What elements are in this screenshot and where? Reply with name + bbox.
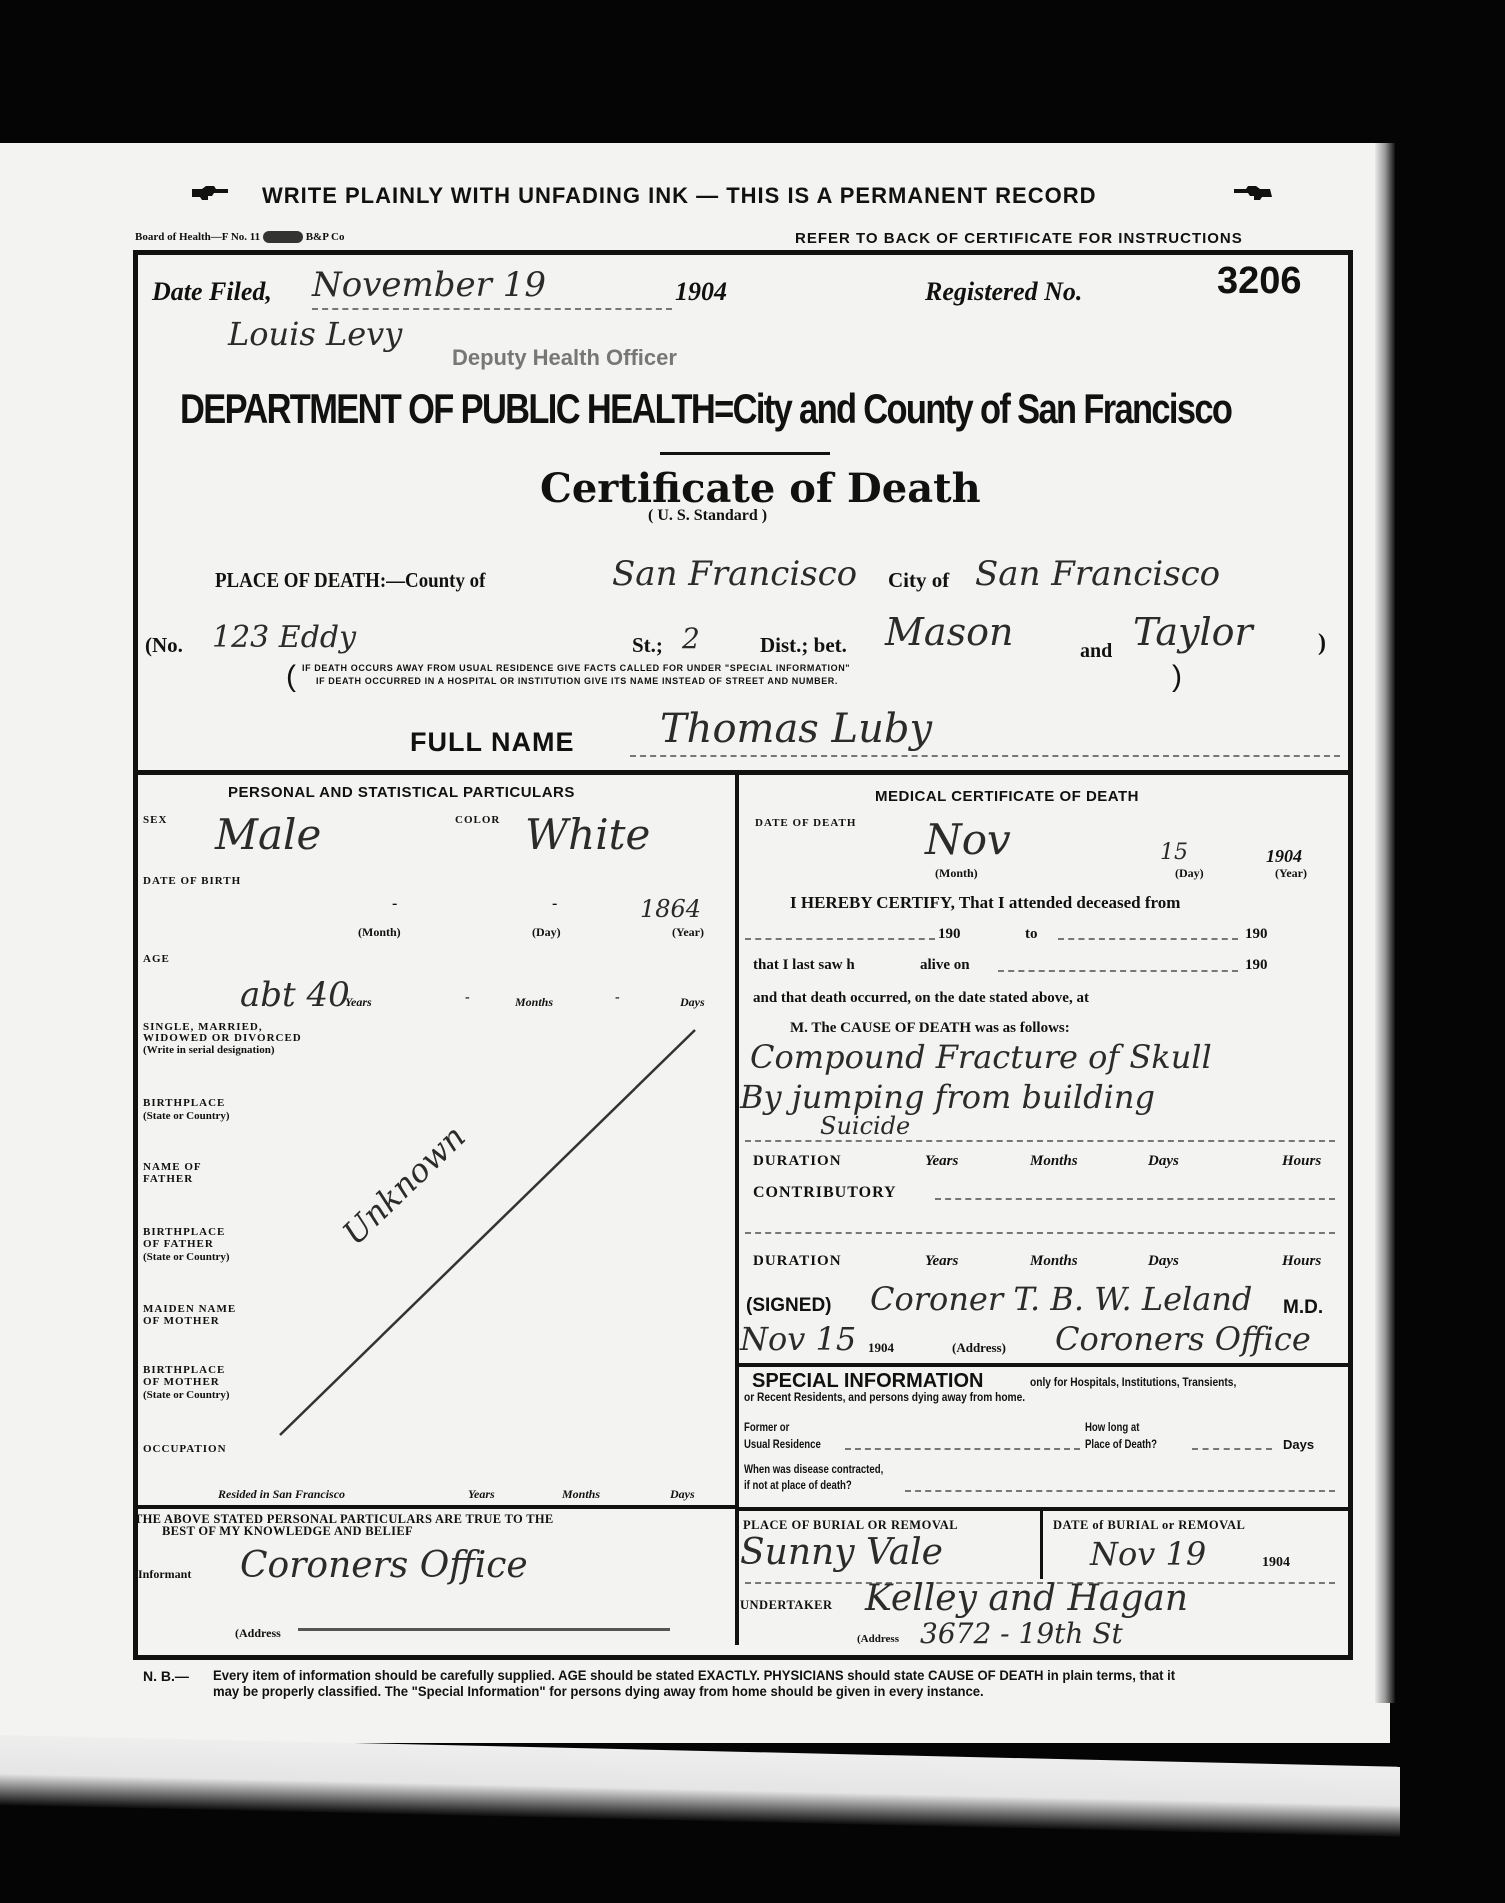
printer-seal-icon: [263, 231, 303, 243]
cause-of-death-3[interactable]: Suicide: [820, 1112, 910, 1140]
last-saw-label: that I last saw h: [753, 957, 855, 974]
birthplace-label-1: BIRTHPLACE: [143, 1098, 225, 1109]
former-residence-label-1: Former or: [744, 1420, 789, 1434]
residence-note-1: IF DEATH OCCURS AWAY FROM USUAL RESIDENC…: [302, 663, 850, 673]
death-year-label: (Year): [1275, 866, 1307, 881]
health-officer-signature[interactable]: Louis Levy: [228, 315, 402, 353]
mother-name-label-2: OF MOTHER: [143, 1316, 220, 1327]
md-label: M.D.: [1283, 1297, 1323, 1319]
attest-line-2: BEST OF MY KNOWLEDGE AND BELIEF: [162, 1524, 413, 1539]
undertaker-label: UNDERTAKER: [740, 1598, 833, 1613]
special-info-note-2: or Recent Residents, and persons dying a…: [744, 1390, 1025, 1404]
form-left-border: [133, 250, 138, 1660]
alive-year-prefix: 190: [1245, 957, 1268, 974]
color-label: COLOR: [455, 815, 500, 826]
age-days-label: Days: [680, 995, 705, 1010]
health-officer-title: Deputy Health Officer: [452, 345, 677, 371]
duration-years-2: Years: [925, 1253, 958, 1270]
resided-days-label: Days: [670, 1487, 695, 1502]
form-top-border: [133, 250, 1353, 255]
to-year-prefix: 190: [1245, 926, 1268, 943]
color-value[interactable]: White: [525, 810, 650, 859]
duration-years-1: Years: [925, 1153, 958, 1170]
contributory-line[interactable]: [935, 1198, 1335, 1200]
nb-label: N. B.—: [143, 1668, 189, 1684]
father-birthplace-label-3: (State or Country): [143, 1251, 230, 1263]
date-filed-label: Date Filed,: [152, 277, 272, 307]
unknown-diagonal-line: [270, 1020, 710, 1440]
cause-line: M. The CAUSE OF DEATH was as follows:: [790, 1020, 1070, 1037]
duration-days-1: Days: [1148, 1153, 1179, 1170]
pointing-hand-left-icon: [1232, 185, 1272, 205]
medical-address[interactable]: Coroners Office: [1055, 1320, 1311, 1358]
full-name-value[interactable]: Thomas Luby: [660, 706, 932, 752]
between-street-1[interactable]: Mason: [885, 610, 1013, 654]
undertaker-value[interactable]: Kelley and Hagan: [865, 1578, 1188, 1619]
how-long-label-1: How long at: [1085, 1420, 1139, 1434]
contributory-line-2[interactable]: [745, 1232, 1335, 1234]
special-info-divider: [735, 1363, 1353, 1367]
form-bottom-border: [133, 1655, 1353, 1660]
death-day[interactable]: 15: [1160, 840, 1188, 865]
death-month-label: (Month): [935, 866, 978, 881]
resided-years-label: Years: [468, 1487, 495, 1502]
district-between-label: Dist.; bet.: [760, 633, 847, 658]
signed-label: (SIGNED): [746, 1295, 832, 1317]
dob-label: DATE OF BIRTH: [143, 876, 241, 887]
alive-on-label: alive on: [920, 957, 970, 974]
city-label: City of: [888, 568, 949, 593]
burial-date[interactable]: Nov 19: [1090, 1535, 1206, 1573]
department-title: DEPARTMENT OF PUBLIC HEALTH=City and Cou…: [180, 385, 1231, 433]
age-label: AGE: [143, 954, 170, 965]
note-close-paren: ): [1172, 660, 1182, 694]
how-long-line[interactable]: [1192, 1448, 1272, 1450]
medical-address-label: (Address): [952, 1340, 1006, 1356]
dob-month-label: (Month): [358, 925, 401, 940]
between-street-2[interactable]: Taylor: [1133, 610, 1253, 654]
note-open-paren: (: [286, 660, 296, 694]
pointing-hand-right-icon: [190, 185, 230, 205]
date-of-death-label: DATE OF DEATH: [755, 818, 856, 829]
informant-address-line[interactable]: [298, 1628, 670, 1631]
attended-to-line[interactable]: [1058, 938, 1238, 940]
informant-value[interactable]: Coroners Office: [240, 1545, 528, 1586]
occupation-label: OCCUPATION: [143, 1444, 227, 1455]
death-day-label: (Day): [1175, 866, 1204, 881]
mother-birthplace-label-1: BIRTHPLACE: [143, 1365, 225, 1376]
street-address[interactable]: 123 Eddy: [212, 620, 356, 655]
duration-hours-1: Hours: [1282, 1153, 1321, 1170]
father-birthplace-label-1: BIRTHPLACE: [143, 1227, 225, 1238]
undertaker-address-label: (Address: [857, 1633, 899, 1645]
death-month[interactable]: Nov: [925, 815, 1011, 864]
from-year-prefix: 190: [938, 926, 961, 943]
form-id: Board of Health—F No. 11 B&P Co: [135, 231, 345, 243]
full-name-line: [630, 755, 1340, 757]
burial-place[interactable]: Sunny Vale: [740, 1532, 943, 1573]
age-days-value[interactable]: -: [615, 990, 620, 1006]
form-right-border: [1348, 250, 1353, 1660]
cause-of-death-1[interactable]: Compound Fracture of Skull: [750, 1038, 1212, 1076]
alive-on-line[interactable]: [998, 970, 1238, 972]
mother-birthplace-label-3: (State or Country): [143, 1389, 230, 1401]
occurred-line: and that death occurred, on the date sta…: [753, 990, 1089, 1007]
to-label: to: [1025, 926, 1038, 943]
burial-column-divider: [1040, 1511, 1043, 1579]
duration-days-2: Days: [1148, 1253, 1179, 1270]
birthplace-label-2: (State or Country): [143, 1110, 230, 1122]
informant-address-label: (Address: [235, 1626, 281, 1641]
resided-label: Resided in San Francisco: [218, 1487, 345, 1502]
certify-line: I HEREBY CERTIFY, That I attended deceas…: [790, 893, 1180, 913]
burial-divider: [735, 1507, 1353, 1511]
undertaker-address[interactable]: 3672 - 19th St: [920, 1617, 1123, 1650]
title-divider: [660, 452, 830, 455]
signed-date[interactable]: Nov 15: [740, 1320, 856, 1358]
age-months-label: Months: [515, 995, 553, 1010]
dob-day[interactable]: -: [552, 895, 557, 913]
duration-label-2: DURATION: [753, 1253, 842, 1270]
sex-value[interactable]: Male: [215, 810, 321, 859]
how-long-label-2: Place of Death?: [1085, 1437, 1157, 1451]
registered-label: Registered No.: [925, 277, 1082, 307]
death-year[interactable]: 1904: [1266, 846, 1302, 867]
special-info-note-1: only for Hospitals, Institutions, Transi…: [1030, 1375, 1236, 1389]
death-city[interactable]: San Francisco: [975, 554, 1220, 594]
duration-hours-2: Hours: [1282, 1253, 1321, 1270]
former-residence-line[interactable]: [845, 1448, 1080, 1450]
district-number[interactable]: 2: [682, 622, 700, 655]
dob-month[interactable]: -: [392, 895, 397, 913]
place-of-death-label: PLACE OF DEATH:—County of: [215, 568, 485, 593]
age-value[interactable]: abt 40: [240, 975, 350, 1015]
paper-edge-shadow: [1375, 143, 1395, 1703]
certificate-paper: [0, 143, 1390, 1743]
paper-bottom-edge: [0, 1735, 1400, 1837]
cause-line-3: [745, 1140, 1335, 1142]
signed-by[interactable]: Coroner T. B. W. Leland: [870, 1280, 1252, 1318]
personal-heading: PERSONAL AND STATISTICAL PARTICULARS: [228, 784, 575, 801]
marital-label-3: (Write in serial designation): [143, 1044, 274, 1056]
street-label: St.;: [632, 633, 663, 658]
attended-from-line[interactable]: [745, 938, 935, 940]
full-name-label: FULL NAME: [410, 727, 575, 758]
instructions-note: REFER TO BACK OF CERTIFICATE FOR INSTRUC…: [795, 230, 1243, 247]
us-standard-label: ( U. S. Standard ): [648, 507, 767, 525]
street-no-label: (No.: [145, 633, 183, 658]
contributory-label: CONTRIBUTORY: [753, 1184, 897, 1202]
mother-name-label-1: MAIDEN NAME: [143, 1304, 236, 1315]
and-label: and: [1080, 640, 1112, 663]
dob-day-label: (Day): [532, 925, 561, 940]
informant-label: (Informant: [134, 1567, 191, 1582]
contracted-line[interactable]: [905, 1490, 1335, 1492]
close-paren: ): [1318, 630, 1326, 657]
date-filed-year[interactable]: 1904: [675, 277, 727, 307]
duration-label-1: DURATION: [753, 1153, 842, 1170]
age-years-label: Years: [345, 995, 372, 1010]
nb-text: Every item of information should be care…: [213, 1668, 1193, 1700]
medical-heading: MEDICAL CERTIFICATE OF DEATH: [875, 788, 1139, 805]
burial-date-label: DATE of BURIAL or REMOVAL: [1053, 1518, 1245, 1533]
contracted-label-1: When was disease contracted,: [744, 1462, 883, 1476]
registered-number[interactable]: 3206: [1217, 260, 1302, 303]
cause-of-death-2[interactable]: By jumping from building: [740, 1078, 1155, 1116]
attest-divider: [133, 1505, 735, 1509]
signed-year[interactable]: 1904: [868, 1340, 894, 1356]
dob-year[interactable]: 1864: [640, 895, 701, 923]
burial-year[interactable]: 1904: [1262, 1555, 1290, 1571]
section-divider: [133, 770, 1353, 775]
burial-place-label: PLACE OF BURIAL OR REMOVAL: [743, 1518, 958, 1533]
father-name-label-1: NAME OF: [143, 1162, 202, 1173]
contracted-label-2: if not at place of death?: [744, 1478, 852, 1492]
date-filed-line: [312, 308, 672, 310]
certificate-title: Certificate of Death: [540, 465, 981, 512]
duration-months-1: Months: [1030, 1153, 1078, 1170]
age-months-value[interactable]: -: [465, 990, 470, 1006]
resided-months-label: Months: [562, 1487, 600, 1502]
former-residence-label-2: Usual Residence: [744, 1437, 821, 1451]
residence-note-2: IF DEATH OCCURRED IN A HOSPITAL OR INSTI…: [316, 676, 838, 686]
column-divider: [735, 775, 739, 1645]
father-name-label-2: FATHER: [143, 1174, 193, 1185]
dob-year-label: (Year): [672, 925, 704, 940]
mother-birthplace-label-2: OF MOTHER: [143, 1377, 220, 1388]
duration-months-2: Months: [1030, 1253, 1078, 1270]
sex-label: SEX: [143, 815, 167, 826]
death-county[interactable]: San Francisco: [612, 554, 857, 594]
banner-text: WRITE PLAINLY WITH UNFADING INK — THIS I…: [262, 183, 1097, 209]
date-filed-month-day[interactable]: November 19: [312, 265, 546, 305]
how-long-days-label: Days: [1283, 1437, 1314, 1452]
father-birthplace-label-2: OF FATHER: [143, 1239, 214, 1250]
